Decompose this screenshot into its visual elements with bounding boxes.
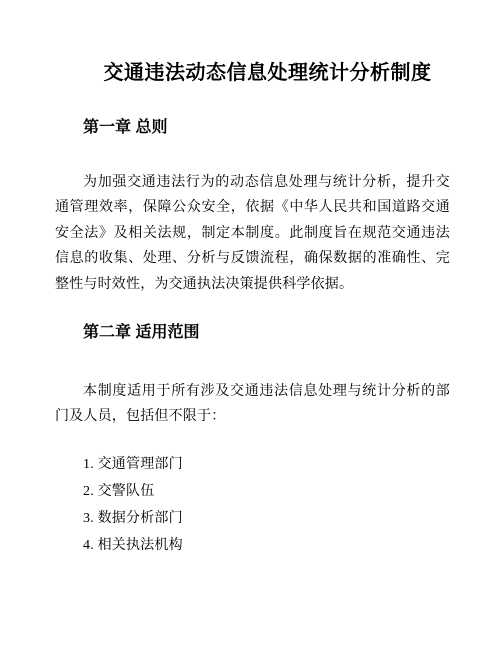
section-scope: 第二章 适用范围 本制度适用于所有涉及交通违法信息处理与统计分析的部门及人员，包… <box>55 324 450 559</box>
list-item-law-enforcement: 4. 相关执法机构 <box>55 532 450 559</box>
section-heading-chapter-2: 第二章 适用范围 <box>55 324 450 342</box>
list-item-traffic-police: 2. 交警队伍 <box>55 478 450 505</box>
section-heading-chapter-1: 第一章 总则 <box>55 119 450 137</box>
document-content: 交通违法动态信息处理统计分析制度 第一章 总则 为加强交通违法行为的动态信息处理… <box>55 62 450 559</box>
document-title: 交通违法动态信息处理统计分析制度 <box>55 62 450 84</box>
list-item-data-analysis: 3. 数据分析部门 <box>55 505 450 532</box>
document-page: 交通违法动态信息处理统计分析制度 第一章 总则 为加强交通违法行为的动态信息处理… <box>0 0 500 647</box>
paragraph-chapter-1: 为加强交通违法行为的动态信息处理与统计分析，提升交通管理效率，保障公众安全，依据… <box>55 170 450 297</box>
section-general-provisions: 第一章 总则 为加强交通违法行为的动态信息处理与统计分析，提升交通管理效率，保障… <box>55 119 450 297</box>
list-item-traffic-management: 1. 交通管理部门 <box>55 451 450 478</box>
paragraph-chapter-2: 本制度适用于所有涉及交通违法信息处理与统计分析的部门及人员，包括但不限于： <box>55 379 450 430</box>
applicable-departments-list: 1. 交通管理部门 2. 交警队伍 3. 数据分析部门 4. 相关执法机构 <box>55 451 450 559</box>
